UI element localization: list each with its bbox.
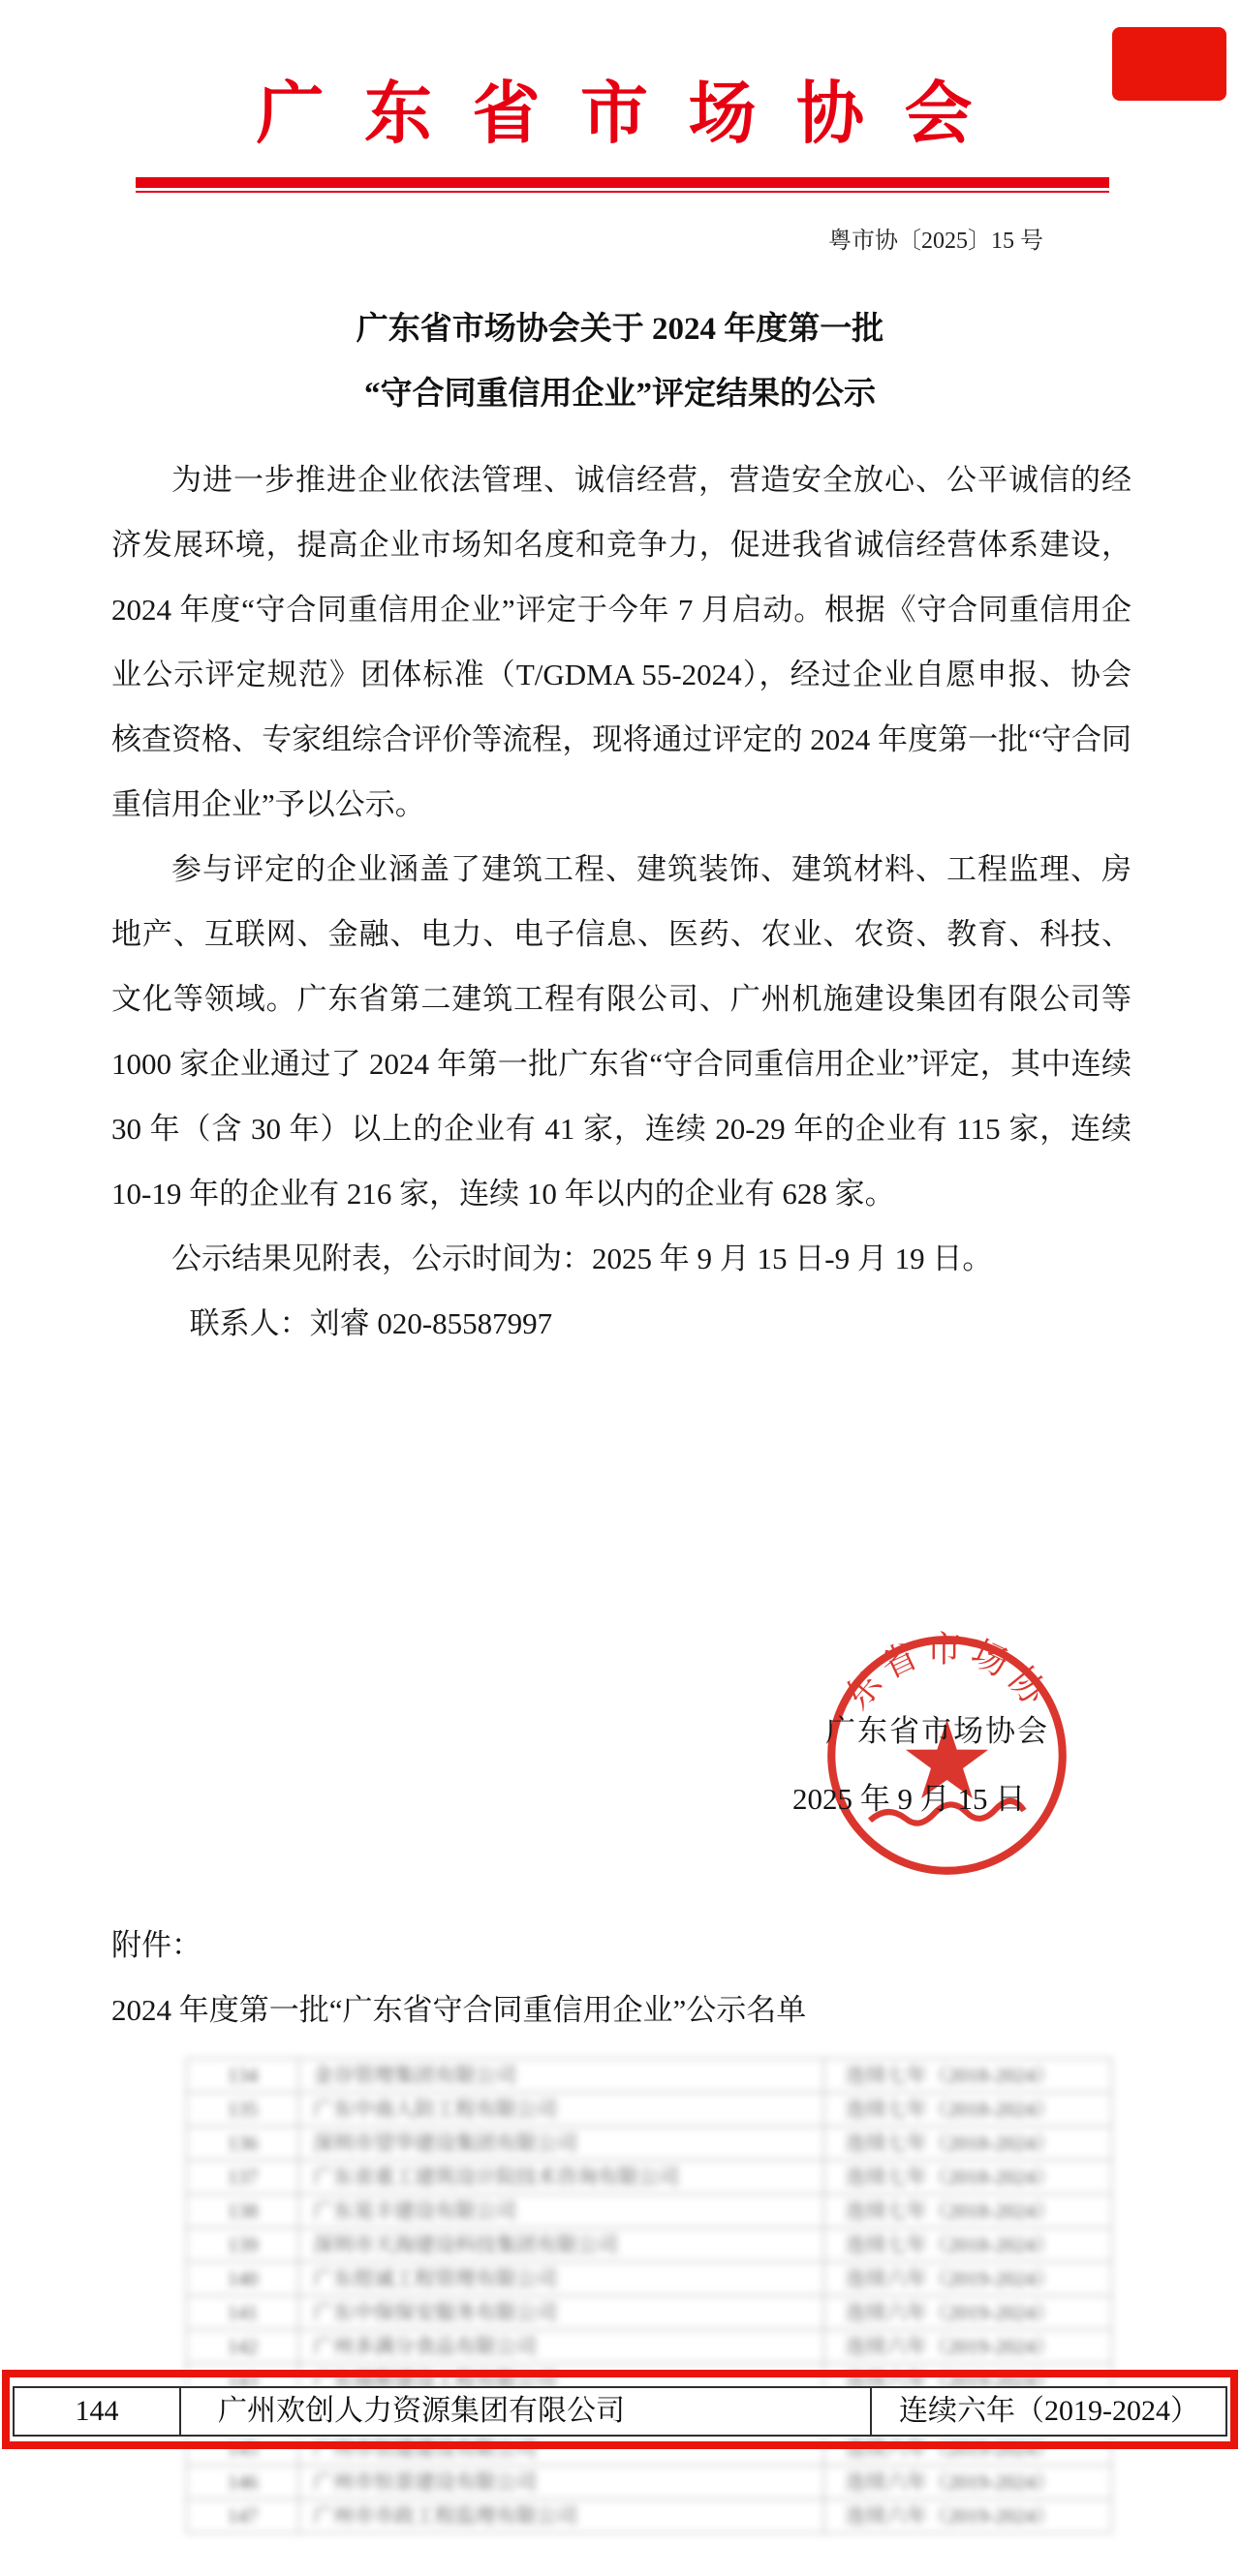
row-number-cell: 141 xyxy=(187,2296,299,2329)
attachment-label: 附件： xyxy=(111,1920,201,1964)
document-title-line2: “守合同重信用企业”评定结果的公示 xyxy=(0,368,1240,414)
letterhead-divider xyxy=(136,177,1109,193)
company-name-cell: 广州市市政工程监理有限公司 xyxy=(299,2499,824,2532)
official-red-seal: 广东省市场协会 xyxy=(819,1627,1075,1884)
row-number-cell: 147 xyxy=(187,2499,299,2532)
document-page: 广 东 省 市 场 协 会 粤市协〔2025〕15 号 广东省市场协会关于 20… xyxy=(0,0,1240,2576)
roster-table-blurred: 134 金谷管理集团有限公司 连续七年（2018-2024） 135 广东中南人… xyxy=(186,2058,1112,2533)
company-name-cell: 广东晃丰建设有限公司 xyxy=(299,2194,824,2227)
credit-years-cell: 连续七年（2018-2024） xyxy=(824,2161,1111,2193)
table-row: 140 广东煜诚工程管理有限公司 连续六年（2019-2024） xyxy=(187,2262,1111,2296)
row-number-cell: 136 xyxy=(187,2127,299,2160)
credit-years-cell: 连续七年（2018-2024） xyxy=(824,2059,1111,2092)
body-paragraph-3: 公示结果见附表，公示时间为：2025 年 9 月 15 日-9 月 19 日。 xyxy=(111,1226,1131,1291)
credit-years-cell: 连续六年（2019-2024） xyxy=(824,2296,1111,2329)
signature-org: 广东省市场协会 xyxy=(825,1706,1049,1750)
credit-years-cell: 连续七年（2018-2024） xyxy=(824,2093,1111,2126)
credit-years-cell: 连续七年（2018-2024） xyxy=(824,2228,1111,2261)
row-number-cell: 140 xyxy=(187,2262,299,2295)
svg-text:广东省市场协会: 广东省市场协会 xyxy=(819,1627,1058,1717)
company-name-cell: 广东中南人防工程有限公司 xyxy=(299,2093,824,2126)
credit-years-cell: 连续七年（2018-2024） xyxy=(824,2194,1111,2227)
company-name-cell: 深圳市望华建设集团有限公司 xyxy=(299,2127,824,2160)
body-paragraph-2: 参与评定的企业涵盖了建筑工程、建筑装饰、建筑材料、工程监理、房地产、互联网、金融… xyxy=(111,837,1131,1226)
row-number-cell: 139 xyxy=(187,2228,299,2261)
table-row: 137 广东省重工建筑设计院技术咨询有限公司 连续七年（2018-2024） xyxy=(187,2161,1111,2194)
seal-arc-text: 广东省市场协会 xyxy=(819,1627,1058,1717)
company-name-cell: 广东煜诚工程管理有限公司 xyxy=(299,2262,824,2295)
contact-line: 联系人：刘睿 020-85587997 xyxy=(111,1291,1131,1356)
table-row: 138 广东晃丰建设有限公司 连续七年（2018-2024） xyxy=(187,2194,1111,2228)
credit-years-cell: 连续七年（2018-2024） xyxy=(824,2127,1111,2160)
credit-years-cell: 连续六年（2019-2024） xyxy=(824,2262,1111,2295)
highlighted-table-row: 144 广州欢创人力资源集团有限公司 连续六年（2019-2024） xyxy=(13,2386,1227,2437)
company-name-cell: 广东中保保安服务有限公司 xyxy=(299,2296,824,2329)
company-name-cell: 广东省重工建筑设计院技术咨询有限公司 xyxy=(299,2161,824,2193)
credit-years-cell: 连续六年（2019-2024） xyxy=(824,2466,1111,2499)
row-number-cell: 138 xyxy=(187,2194,299,2227)
table-row: 139 深圳市天海建设科技集团有限公司 连续七年（2018-2024） xyxy=(187,2228,1111,2262)
table-row: 142 广州多满分食品有限公司 连续六年（2019-2024） xyxy=(187,2330,1111,2364)
table-row: 141 广东中保保安服务有限公司 连续六年（2019-2024） xyxy=(187,2296,1111,2330)
row-number-cell: 135 xyxy=(187,2093,299,2126)
company-name-cell: 广州市恒景建设有限公司 xyxy=(299,2466,824,2499)
company-name-cell: 金谷管理集团有限公司 xyxy=(299,2059,824,2092)
company-name-cell: 深圳市天海建设科技集团有限公司 xyxy=(299,2228,824,2261)
signature-date: 2025 年 9 月 15 日 xyxy=(792,1774,1025,1818)
table-row: 134 金谷管理集团有限公司 连续七年（2018-2024） xyxy=(187,2059,1111,2093)
company-name-cell: 广州多满分食品有限公司 xyxy=(299,2330,824,2363)
letterhead-org-title: 广 东 省 市 场 协 会 xyxy=(0,74,1240,157)
credit-years-cell: 连续六年（2019-2024） xyxy=(824,2330,1111,2363)
highlight-red-frame: 144 广州欢创人力资源集团有限公司 连续六年（2019-2024） xyxy=(2,2370,1238,2449)
document-title-line1: 广东省市场协会关于 2024 年度第一批 xyxy=(0,303,1240,349)
row-number-cell: 137 xyxy=(187,2161,299,2193)
highlighted-company-name: 广州欢创人力资源集团有限公司 xyxy=(181,2388,872,2435)
credit-years-cell: 连续六年（2019-2024） xyxy=(824,2499,1111,2532)
table-row: 147 广州市市政工程监理有限公司 连续六年（2019-2024） xyxy=(187,2499,1111,2533)
table-row: 146 广州市恒景建设有限公司 连续六年（2019-2024） xyxy=(187,2466,1111,2499)
table-row: 136 深圳市望华建设集团有限公司 连续七年（2018-2024） xyxy=(187,2127,1111,2161)
table-row: 135 广东中南人防工程有限公司 连续七年（2018-2024） xyxy=(187,2093,1111,2127)
highlighted-row-number: 144 xyxy=(15,2388,181,2435)
row-number-cell: 142 xyxy=(187,2330,299,2363)
row-number-cell: 134 xyxy=(187,2059,299,2092)
highlighted-credit-years: 连续六年（2019-2024） xyxy=(872,2388,1225,2435)
body-paragraph-1: 为进一步推进企业依法管理、诚信经营，营造安全放心、公平诚信的经济发展环境，提高企… xyxy=(111,447,1131,837)
row-number-cell: 146 xyxy=(187,2466,299,2499)
roster-list-title: 2024 年度第一批“广东省守合同重信用企业”公示名单 xyxy=(111,1985,806,2029)
document-body: 为进一步推进企业依法管理、诚信经营，营造安全放心、公平诚信的经济发展环境，提高企… xyxy=(111,447,1131,1356)
document-number: 粤市协〔2025〕15 号 xyxy=(828,221,1043,255)
